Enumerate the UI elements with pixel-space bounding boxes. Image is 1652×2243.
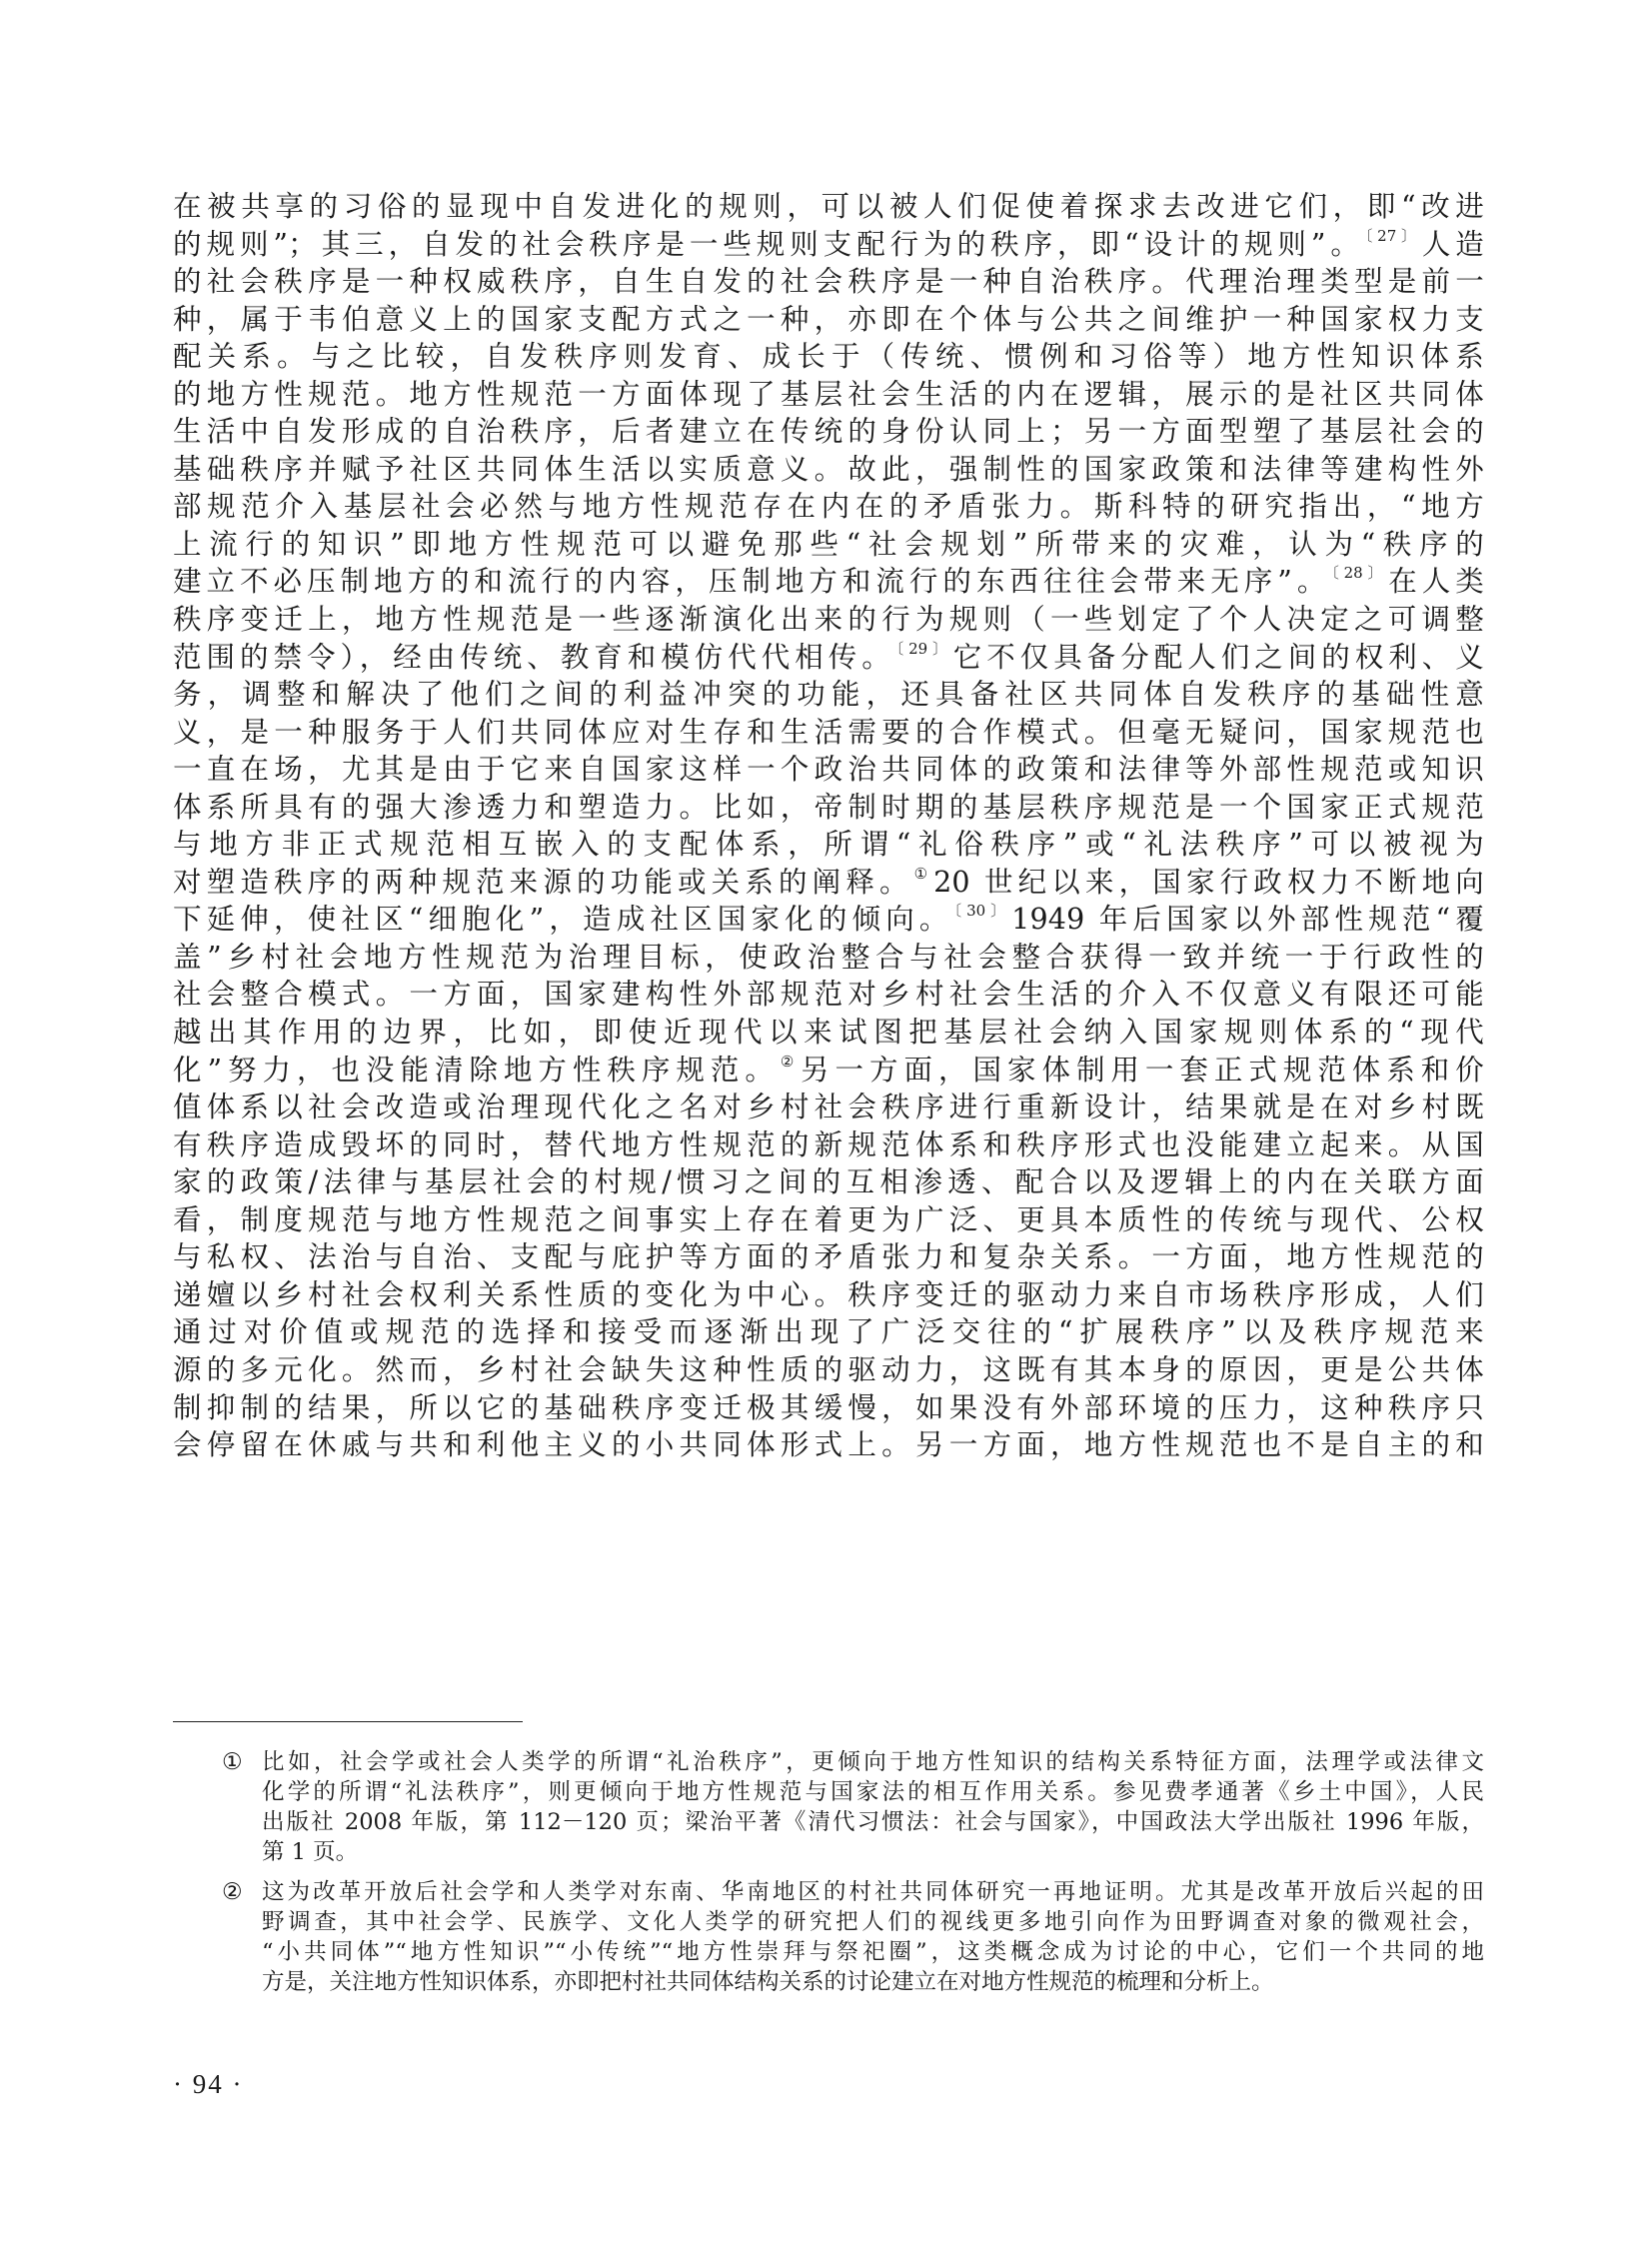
- body-line: 上流行的知识”即地方性规范可以避免那些“社会规划”所带来的灾难，认为“秩序的: [173, 526, 1484, 564]
- body-line: 越出其作用的边界，比如，即使近现代以来试图把基层社会纳入国家规则体系的“现代: [173, 1014, 1484, 1052]
- body-line: 的规则”；其三，自发的社会秩序是一些规则支配行为的秩序，即“设计的规则”。〔27…: [173, 226, 1484, 264]
- body-line: 体系所具有的强大渗透力和塑造力。比如，帝制时期的基层秩序规范是一个国家正式规范: [173, 789, 1484, 827]
- citation-29[interactable]: 〔29〕: [896, 640, 952, 658]
- body-line: 部规范介入基层社会必然与地方性规范存在内在的矛盾张力。斯科特的研究指出，“地方: [173, 488, 1484, 526]
- body-line: 对塑造秩序的两种规范来源的功能或关系的阐释。①20 世纪以来，国家行政权力不断地…: [173, 864, 1484, 902]
- footnotes: ① 比如，社会学或社会人类学的所谓“礼治秩序”，更倾向于地方性知识的结构关系特征…: [0, 1747, 1652, 2007]
- citation-27[interactable]: 〔27〕: [1365, 227, 1421, 245]
- footnote-ref-2[interactable]: ②: [781, 1053, 800, 1071]
- footnote-line: 比如，社会学或社会人类学的所谓“礼治秩序”，更倾向于地方性知识的结构关系特征方面…: [262, 1747, 1484, 1777]
- main-body-text: 在被共享的习俗的显现中自发进化的规则，可以被人们促使着探求去改进它们，即“改进 …: [173, 188, 1484, 1464]
- footnote-line: 化学的所谓“礼法秩序”，则更倾向于地方性规范与国家法的相互作用关系。参见费孝通著…: [262, 1777, 1484, 1807]
- body-line: 会停留在休戚与共和利他主义的小共同体形式上。另一方面，地方性规范也不是自主的和: [173, 1426, 1484, 1464]
- body-line: 盖”乡村社会地方性规范为治理目标，使政治整合与社会整合获得一致并统一于行政性的: [173, 939, 1484, 977]
- page-number: · 94 ·: [173, 2069, 243, 2100]
- footnote-line: 方是，关注地方性知识体系，亦即把村社共同体结构关系的讨论建立在对地方性规范的梳理…: [262, 1967, 1484, 1997]
- citation-30[interactable]: 〔30〕: [954, 902, 1011, 920]
- body-line: 种，属于韦伯意义上的国家支配方式之一种，亦即在个体与公共之间维护一种国家权力支: [173, 301, 1484, 339]
- body-line: 源的多元化。然而，乡村社会缺失这种性质的驱动力，这既有其本身的原因，更是公共体: [173, 1351, 1484, 1389]
- footnote-line: 这为改革开放后社会学和人类学对东南、华南地区的村社共同体研究一再地证明。尤其是改…: [262, 1877, 1484, 1907]
- footnote-1: ① 比如，社会学或社会人类学的所谓“礼治秩序”，更倾向于地方性知识的结构关系特征…: [0, 1747, 1652, 1867]
- footnote-ref-1[interactable]: ①: [914, 865, 932, 883]
- body-line: 秩序变迁上，地方性规范是一些逐渐演化出来的行为规则（一些划定了个人决定之可调整: [173, 601, 1484, 639]
- citation-28[interactable]: 〔28〕: [1331, 564, 1387, 582]
- document-page: 在被共享的习俗的显现中自发进化的规则，可以被人们促使着探求去改进它们，即“改进 …: [0, 0, 1652, 2243]
- body-line: 的地方性规范。地方性规范一方面体现了基层社会生活的内在逻辑，展示的是社区共同体: [173, 376, 1484, 414]
- footnote-line: 第 1 页。: [262, 1837, 1484, 1867]
- body-line: 与地方非正式规范相互嵌入的支配体系，所谓“礼俗秩序”或“礼法秩序”可以被视为: [173, 826, 1484, 864]
- body-line: 在被共享的习俗的显现中自发进化的规则，可以被人们促使着探求去改进它们，即“改进: [173, 188, 1484, 226]
- footnote-marker: ①: [222, 1747, 243, 1777]
- footnote-line: 出版社 2008 年版，第 112－120 页；梁治平著《清代习惯法：社会与国家…: [262, 1807, 1484, 1837]
- body-line: 社会整合模式。一方面，国家建构性外部规范对乡村社会生活的介入不仅意义有限还可能: [173, 976, 1484, 1014]
- body-line: 建立不必压制地方的和流行的内容，压制地方和流行的东西往往会带来无序”。〔28〕在…: [173, 563, 1484, 601]
- body-line: 与私权、法治与自治、支配与庇护等方面的矛盾张力和复杂关系。一方面，地方性规范的: [173, 1238, 1484, 1276]
- body-line: 有秩序造成毁坏的同时，替代地方性规范的新规范体系和秩序形式也没能建立起来。从国: [173, 1126, 1484, 1164]
- body-line: 生活中自发形成的自治秩序，后者建立在传统的身份认同上；另一方面型塑了基层社会的: [173, 413, 1484, 451]
- body-line: 配关系。与之比较，自发秩序则发育、成长于（传统、惯例和习俗等）地方性知识体系: [173, 338, 1484, 376]
- footnote-2: ② 这为改革开放后社会学和人类学对东南、华南地区的村社共同体研究一再地证明。尤其…: [0, 1877, 1652, 1997]
- body-line: 家的政策/法律与基层社会的村规/惯习之间的互相渗透、配合以及逻辑上的内在关联方面: [173, 1163, 1484, 1201]
- body-line: 通过对价值或规范的选择和接受而逐渐出现了广泛交往的“扩展秩序”以及秩序规范来: [173, 1313, 1484, 1351]
- body-line: 递嬗以乡村社会权利关系性质的变化为中心。秩序变迁的驱动力来自市场秩序形成，人们: [173, 1276, 1484, 1314]
- body-line: 化”努力，也没能清除地方性秩序规范。②另一方面，国家体制用一套正式规范体系和价: [173, 1052, 1484, 1090]
- footnote-marker: ②: [222, 1877, 243, 1907]
- footnote-line: 野调查，其中社会学、民族学、文化人类学的研究把人们的视线更多地引向作为田野调查对…: [262, 1907, 1484, 1937]
- footnote-separator: [173, 1721, 523, 1722]
- footnote-line: “小共同体”“地方性知识”“小传统”“地方性崇拜与祭祀圈”，这类概念成为讨论的中…: [262, 1937, 1484, 1967]
- body-line: 务，调整和解决了他们之间的利益冲突的功能，还具备社区共同体自发秩序的基础性意: [173, 676, 1484, 714]
- body-line: 基础秩序并赋予社区共同体生活以实质意义。故此，强制性的国家政策和法律等建构性外: [173, 451, 1484, 489]
- body-line: 一直在场，尤其是由于它来自国家这样一个政治共同体的政策和法律等外部性规范或知识: [173, 751, 1484, 789]
- body-line: 义，是一种服务于人们共同体应对生存和生活需要的合作模式。但毫无疑问，国家规范也: [173, 714, 1484, 752]
- body-line: 看，制度规范与地方性规范之间事实上存在着更为广泛、更具本质性的传统与现代、公权: [173, 1201, 1484, 1239]
- body-line: 的社会秩序是一种权威秩序，自生自发的社会秩序是一种自治秩序。代理治理类型是前一: [173, 263, 1484, 301]
- body-line: 下延伸，使社区“细胞化”，造成社区国家化的倾向。〔30〕1949 年后国家以外部…: [173, 901, 1484, 939]
- body-line: 制抑制的结果，所以它的基础秩序变迁极其缓慢，如果没有外部环境的压力，这种秩序只: [173, 1389, 1484, 1427]
- body-line: 值体系以社会改造或治理现代化之名对乡村社会秩序进行重新设计，结果就是在对乡村既: [173, 1089, 1484, 1126]
- body-line: 范围的禁令），经由传统、教育和模仿代代相传。〔29〕它不仅具备分配人们之间的权利…: [173, 639, 1484, 677]
